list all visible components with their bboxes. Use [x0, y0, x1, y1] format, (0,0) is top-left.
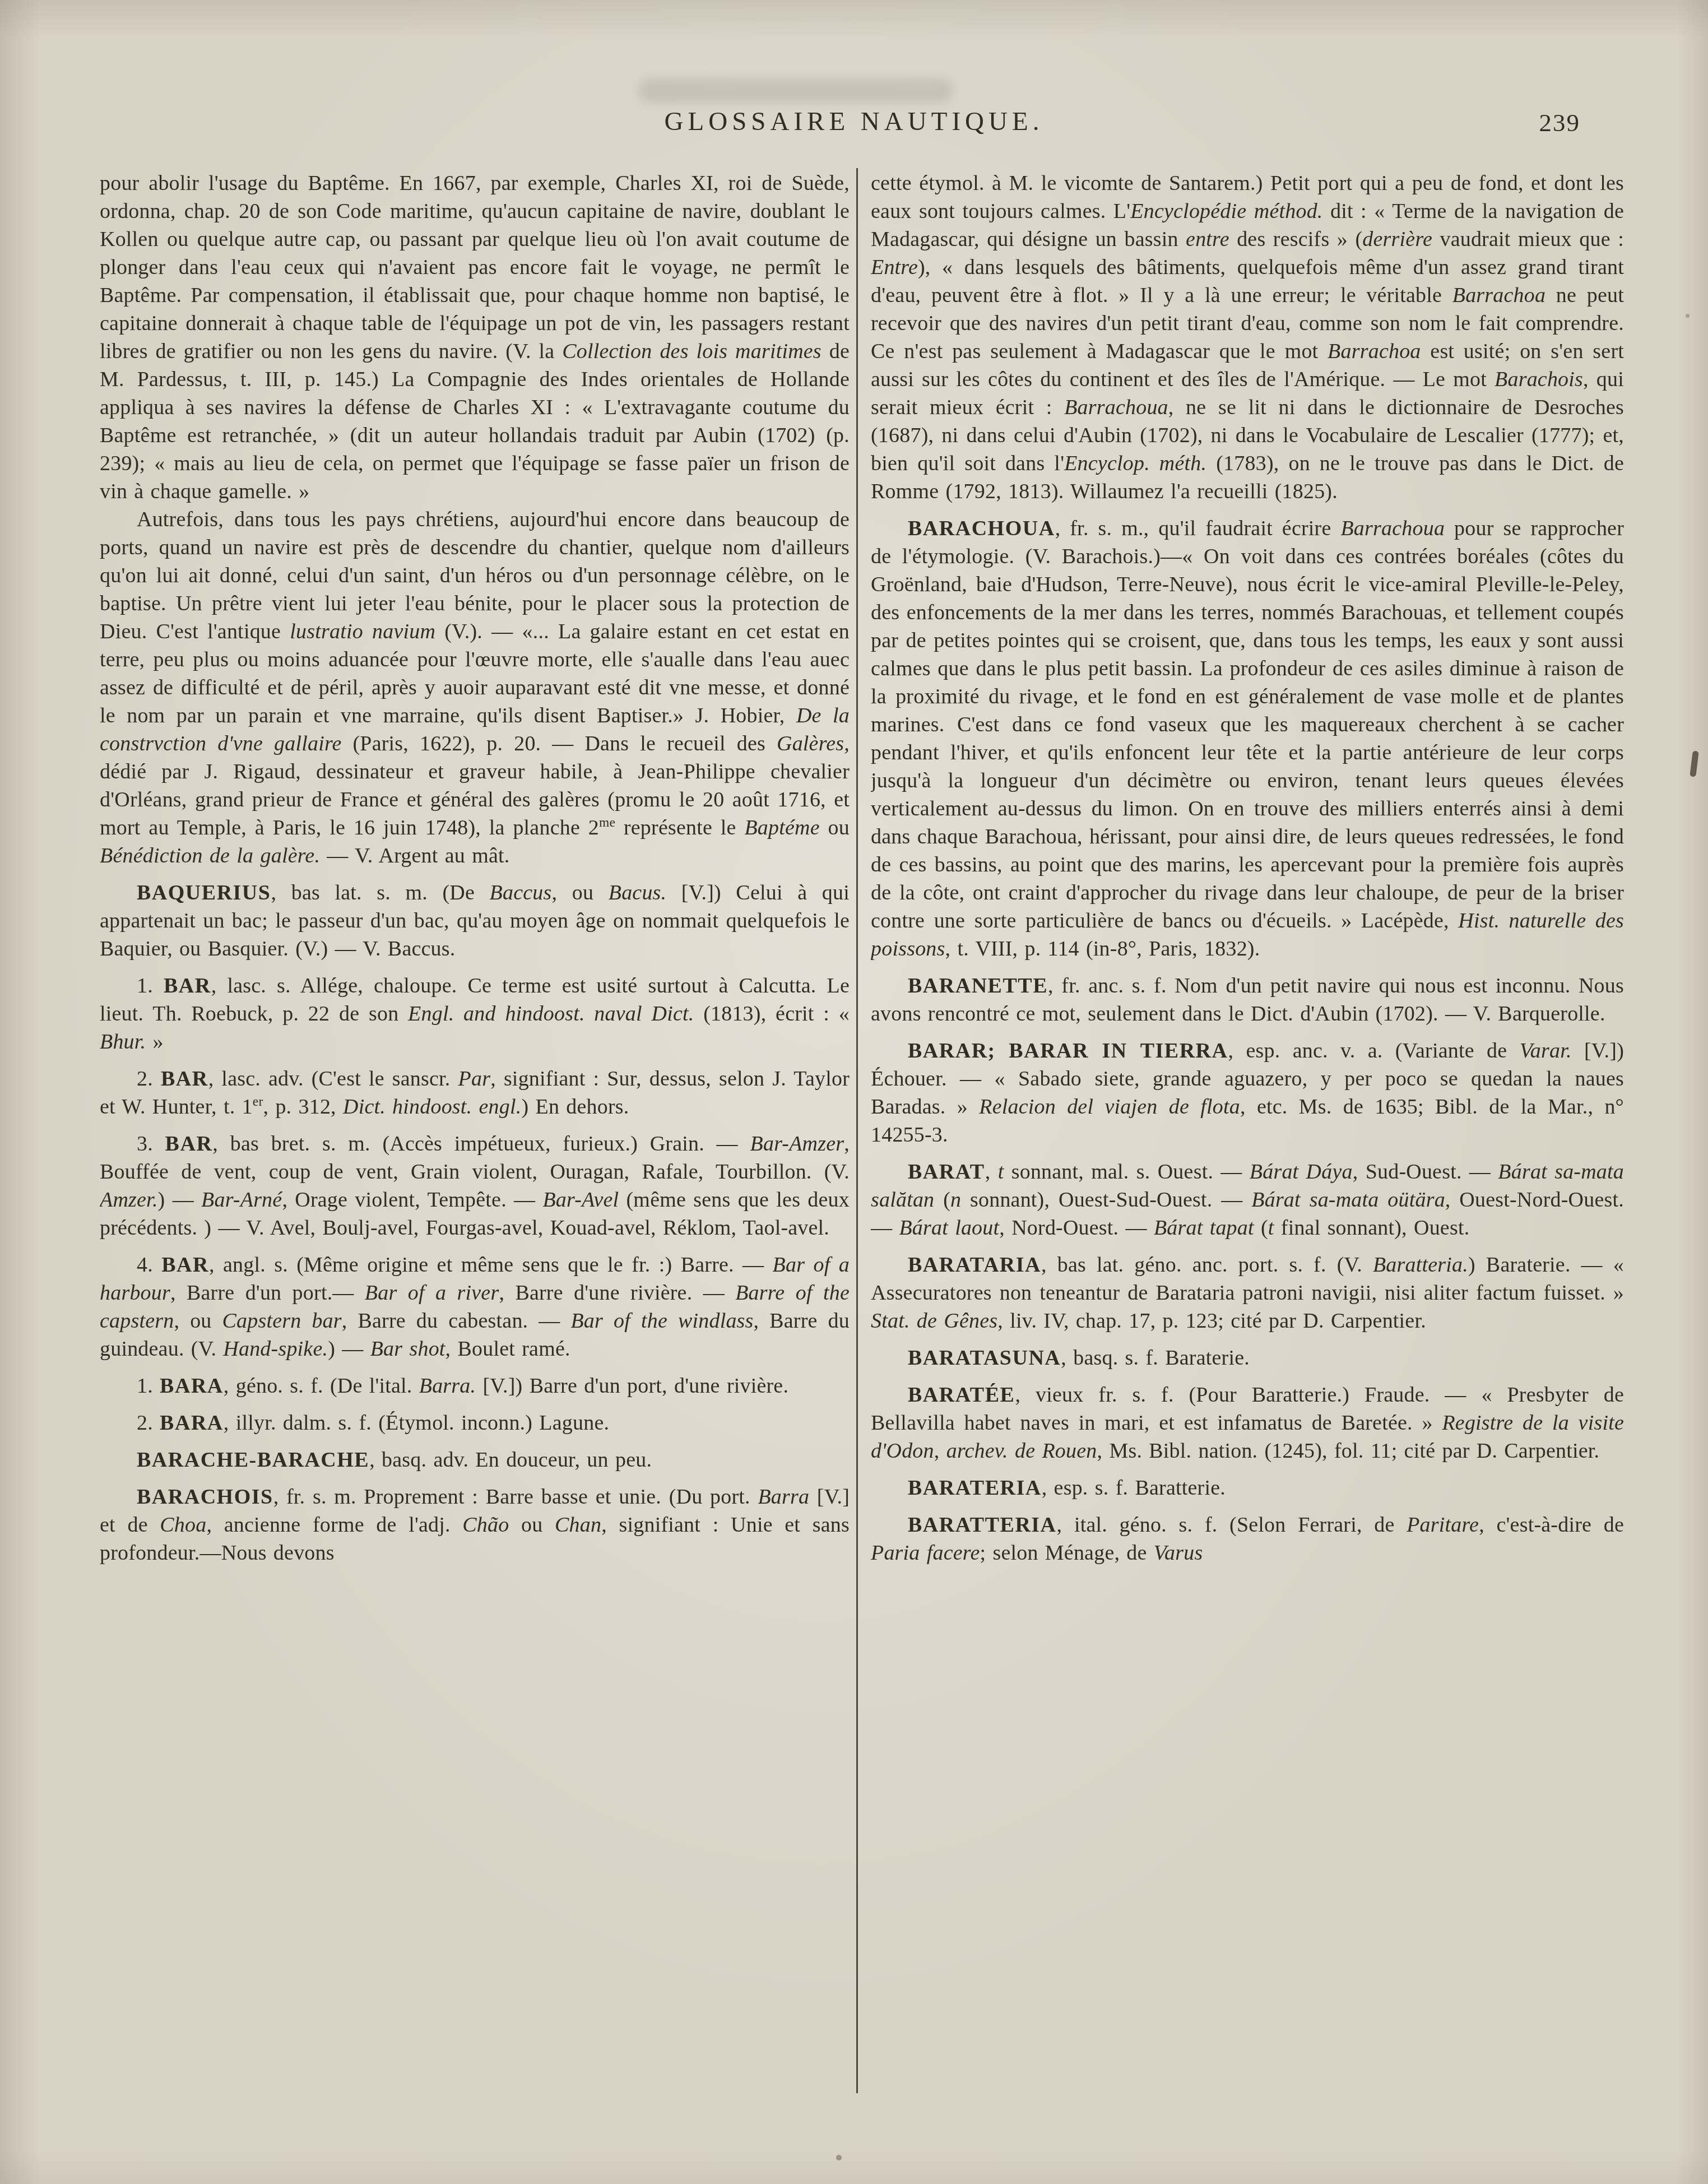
entry-paragraph: BARANETTE, fr. anc. s. f. Nom d'un petit… [871, 972, 1624, 1028]
entry-paragraph: BARACHE-BARACHE, basq. adv. En douceur, … [100, 1446, 850, 1474]
entry-headword: BARATÉE [908, 1383, 1015, 1407]
left-column: pour abolir l'usage du Baptême. En 1667,… [100, 169, 850, 1567]
ink-speck [1690, 751, 1699, 777]
entry-paragraph: BARAR; BARAR IN TIERRA, esp. anc. v. a. … [871, 1037, 1624, 1149]
entry-paragraph: BAQUERIUS, bas lat. s. m. (De Baccus, ou… [100, 879, 850, 963]
page-title: GLOSSAIRE NAUTIQUE. [0, 106, 1708, 137]
entry-headword: BARA [160, 1374, 224, 1398]
paragraph: pour abolir l'usage du Baptême. En 1667,… [100, 169, 850, 506]
entry-headword: BAR [161, 1253, 209, 1277]
entry-headword: BARAT [908, 1160, 985, 1184]
entry-paragraph: BARATARIA, bas lat. géno. anc. port. s. … [871, 1251, 1624, 1335]
ink-bleed-ghost [639, 78, 953, 103]
entry-headword: BARACHOIS [137, 1485, 273, 1509]
entry-paragraph: 3. BAR, bas bret. s. m. (Accès impétueux… [100, 1130, 850, 1242]
entry-headword: BAQUERIUS [137, 881, 271, 905]
entry-paragraph: BARATERIA, esp. s. f. Baratterie. [871, 1474, 1624, 1502]
entry-headword: BARA [160, 1411, 224, 1435]
entry-headword: BARAR; BARAR IN TIERRA [908, 1039, 1228, 1063]
entry-paragraph: BARATÉE, vieux fr. s. f. (Pour Baratteri… [871, 1381, 1624, 1465]
entry-headword: BAR [165, 1132, 213, 1156]
paragraph: Autrefois, dans tous les pays chrétiens,… [100, 506, 850, 870]
entry-paragraph: BARATASUNA, basq. s. f. Baraterie. [871, 1344, 1624, 1372]
entry-headword: BARATARIA [908, 1253, 1041, 1277]
book-page: GLOSSAIRE NAUTIQUE. 239 pour abolir l'us… [0, 0, 1708, 2184]
entry-headword: BAR [161, 1067, 208, 1091]
page-number: 239 [1539, 108, 1581, 137]
ink-speck [836, 2155, 842, 2160]
entry-paragraph: BARACHOIS, fr. s. m. Proprement : Barre … [100, 1483, 850, 1567]
entry-headword: BARATASUNA [908, 1346, 1061, 1370]
entry-paragraph: 4. BAR, angl. s. (Même origine et même s… [100, 1251, 850, 1363]
entry-headword: BARACHE-BARACHE [137, 1448, 369, 1472]
entry-paragraph: 2. BARA, illyr. dalm. s. f. (Étymol. inc… [100, 1409, 850, 1437]
right-column: cette étymol. à M. le vicomte de Santare… [871, 169, 1624, 1567]
entry-headword: BARATTERIA [908, 1513, 1057, 1537]
entry-paragraph: BARATTERIA, ital. géno. s. f. (Selon Fer… [871, 1511, 1624, 1567]
entry-paragraph: 2. BAR, lasc. adv. (C'est le sanscr. Par… [100, 1065, 850, 1121]
column-divider [856, 168, 858, 2093]
entry-headword: BARACHOUA [908, 517, 1055, 540]
entry-paragraph: BARACHOUA, fr. s. m., qu'il faudrait écr… [871, 514, 1624, 963]
entry-headword: BARANETTE [908, 974, 1048, 998]
entry-headword: BAR [164, 974, 211, 998]
entry-paragraph: 1. BAR, lasc. s. Allége, chaloupe. Ce te… [100, 972, 850, 1056]
paragraph: cette étymol. à M. le vicomte de Santare… [871, 169, 1624, 506]
entry-headword: BARATERIA [908, 1476, 1042, 1500]
ink-speck [1686, 314, 1690, 318]
entry-paragraph: BARAT, t sonnant, mal. s. Ouest. — Bárat… [871, 1158, 1624, 1242]
entry-paragraph: 1. BARA, géno. s. f. (De l'ital. Barra. … [100, 1372, 850, 1400]
